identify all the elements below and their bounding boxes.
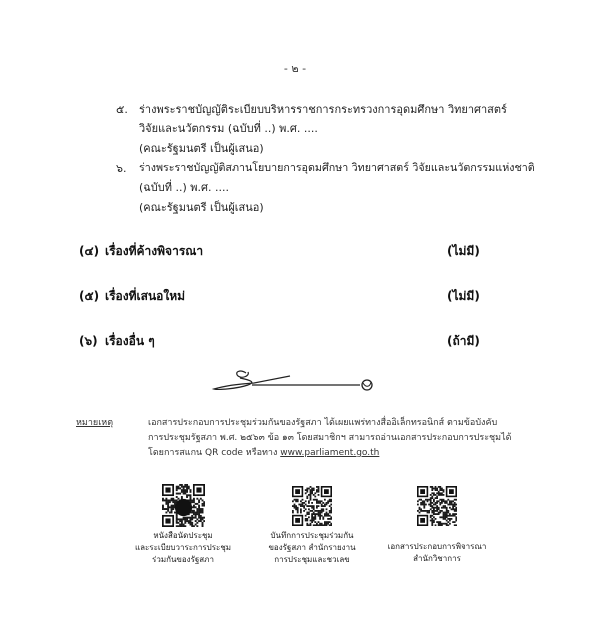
- note-line-text: โดยการสแกน QR code หรือทาง: [148, 448, 280, 458]
- section-title: เรื่องที่เสนอใหม่: [105, 287, 185, 306]
- qr-code-icon[interactable]: [417, 486, 457, 526]
- qr-label: เอกสารประกอบการพิจารณา สำนักวิชาการ: [387, 541, 487, 565]
- item-title-line: วิจัยและนวัตกรรม (ฉบับที่ ..) พ.ศ. ....: [139, 119, 318, 137]
- item-number: ๕.: [116, 100, 128, 118]
- section-title: เรื่องอื่น ๆ: [105, 332, 155, 351]
- item-title-line: ร่างพระราชบัญญัติสภานโยบายการอุดมศึกษา ว…: [139, 159, 535, 176]
- section-status: (ไม่มี): [447, 242, 480, 261]
- section-status: (ถ้ามี): [447, 332, 480, 351]
- item-proposer: (คณะรัฐมนตรี เป็นผู้เสนอ): [139, 198, 264, 216]
- parliament-website-link[interactable]: www.parliament.go.th: [280, 448, 379, 458]
- item-proposer: (คณะรัฐมนตรี เป็นผู้เสนอ): [139, 139, 264, 157]
- section-title: เรื่องที่ค้างพิจารณา: [105, 242, 203, 261]
- note-line: การประชุมรัฐสภา พ.ศ. ๒๕๖๓ ข้อ ๑๓ โดยสมาช…: [148, 430, 511, 444]
- qr-code-icon[interactable]: [292, 486, 332, 526]
- section-number: (๕): [79, 287, 99, 306]
- section-number: (๖): [79, 332, 98, 351]
- section-number: (๔): [79, 242, 99, 261]
- item-title-line: ร่างพระราชบัญญัติระเบียบบริหารราชการกระท…: [139, 100, 507, 118]
- note-line: เอกสารประกอบการประชุมร่วมกันของรัฐสภา ได…: [148, 415, 497, 429]
- item-title-line: (ฉบับที่ ..) พ.ศ. ....: [139, 178, 229, 196]
- note-line: โดยการสแกน QR code หรือทาง www.parliamen…: [148, 445, 379, 459]
- qr-label: หนังสือนัดประชุม และระเบียบวาระการประชุม…: [133, 530, 233, 566]
- item-number: ๖.: [116, 159, 126, 177]
- signature-icon: [210, 366, 380, 396]
- page-number: - ๒ -: [0, 59, 590, 77]
- qr-code-icon[interactable]: [162, 484, 205, 527]
- qr-label: บันทึกการประชุมร่วมกัน ของรัฐสภา สำนักรา…: [262, 530, 362, 566]
- section-status: (ไม่มี): [447, 287, 480, 306]
- note-label: หมายเหตุ: [76, 415, 113, 429]
